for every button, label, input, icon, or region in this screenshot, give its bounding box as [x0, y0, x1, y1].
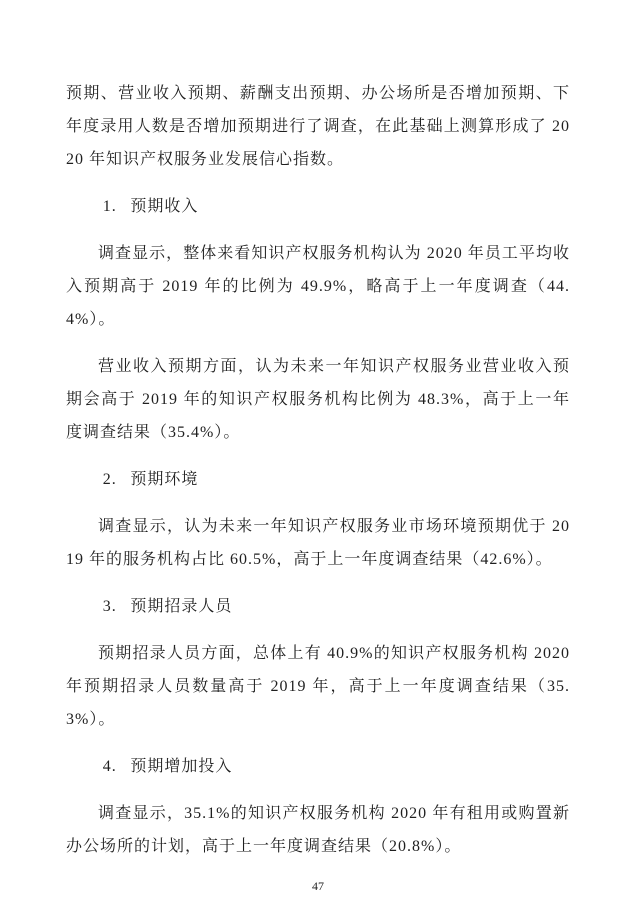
body-paragraph: 调查显示，整体来看知识产权服务机构认为 2020 年员工平均收入预期高于 201… — [66, 237, 570, 336]
body-paragraph: 预期、营业收入预期、薪酬支出预期、办公场所是否增加预期、下年度录用人数是否增加预… — [66, 77, 570, 176]
body-paragraph: 调查显示，认为未来一年知识产权服务业市场环境预期优于 2019 年的服务机构占比… — [66, 510, 570, 576]
heading-title: 预期环境 — [130, 471, 198, 488]
section-heading: 1.预期收入 — [66, 190, 570, 223]
body-paragraph: 调查显示，35.1%的知识产权服务机构 2020 年有租用或购置新办公场所的计划… — [66, 797, 570, 863]
page-number: 47 — [312, 879, 324, 893]
heading-number: 3. — [103, 598, 117, 615]
section-heading: 3.预期招录人员 — [66, 590, 570, 623]
body-paragraph: 营业收入预期方面，认为未来一年知识产权服务业营业收入预期会高于 2019 年的知… — [66, 350, 570, 449]
heading-title: 预期收入 — [130, 198, 198, 215]
heading-title: 预期招录人员 — [130, 598, 232, 615]
document-page: 预期、营业收入预期、薪酬支出预期、办公场所是否增加预期、下年度录用人数是否增加预… — [0, 0, 636, 900]
heading-number: 2. — [103, 471, 117, 488]
heading-number: 1. — [103, 198, 117, 215]
section-heading: 2.预期环境 — [66, 463, 570, 496]
page-footer: 47 — [66, 877, 570, 895]
page-content: 预期、营业收入预期、薪酬支出预期、办公场所是否增加预期、下年度录用人数是否增加预… — [66, 77, 570, 863]
heading-title: 预期增加投入 — [130, 758, 232, 775]
body-paragraph: 预期招录人员方面，总体上有 40.9%的知识产权服务机构 2020 年预期招录人… — [66, 637, 570, 736]
section-heading: 4.预期增加投入 — [66, 750, 570, 783]
heading-number: 4. — [103, 758, 117, 775]
